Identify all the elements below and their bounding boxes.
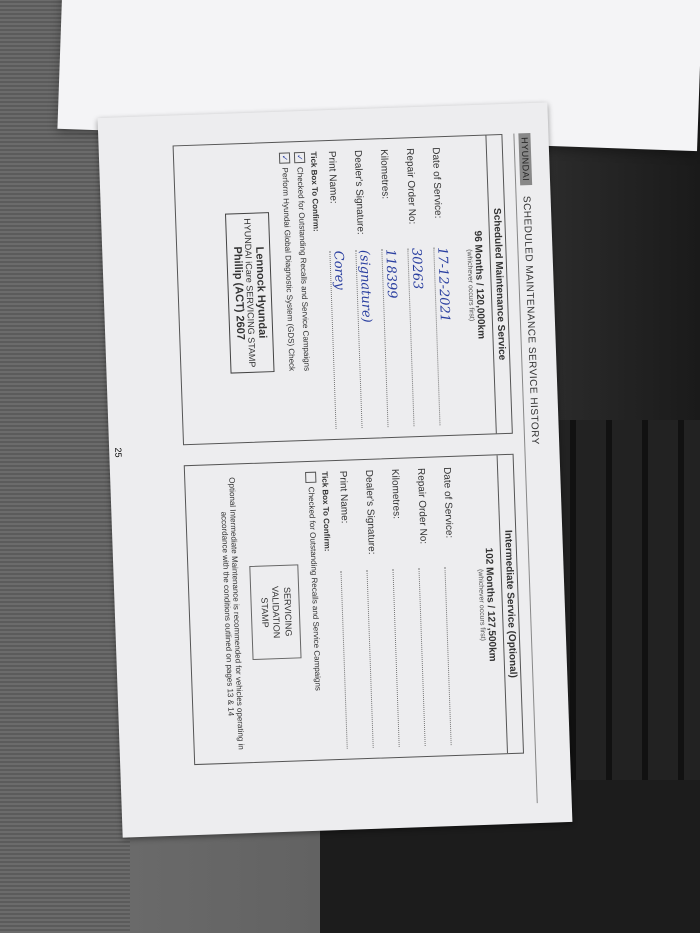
dealer-stamp: Lennock Hyundai HYUNDAI iCare SERVICING … xyxy=(225,212,275,373)
field-label: Repair Order No: xyxy=(415,468,429,568)
field-label: Kilometres: xyxy=(378,149,392,249)
intermediate-service-box: Intermediate Service (Optional) 102 Mont… xyxy=(184,454,524,765)
field-value[interactable] xyxy=(341,571,348,749)
brand-label: HYUNDAI xyxy=(518,133,532,185)
checkbox[interactable]: ✓ xyxy=(294,152,305,163)
field-label: Date of Service: xyxy=(430,147,444,247)
check-label: Checked for Outstanding Recalls and Serv… xyxy=(307,487,323,691)
checkbox[interactable] xyxy=(305,472,316,483)
field-label: Kilometres: xyxy=(389,469,403,569)
optional-note: Optional Intermediate Maintenance is rec… xyxy=(218,474,246,752)
field-value[interactable]: Corey xyxy=(329,251,351,429)
field-label: Dealer's Signature: xyxy=(352,150,366,250)
booklet-page: HYUNDAI SCHEDULED MAINTENANCE SERVICE HI… xyxy=(98,102,573,837)
checkbox[interactable]: ✓ xyxy=(279,152,290,163)
section-title: Intermediate Service (Optional) xyxy=(497,455,523,753)
field-label: Dealer's Signature: xyxy=(363,470,377,570)
section-title: Scheduled Maintenance Service xyxy=(485,135,511,433)
field-label: Print Name: xyxy=(326,151,340,251)
check-label: Checked for Outstanding Recalls and Serv… xyxy=(295,167,311,371)
page-title: SCHEDULED MAINTENANCE SERVICE HISTORY xyxy=(521,196,541,445)
page-number: 25 xyxy=(113,447,123,457)
scheduled-service-box: Scheduled Maintenance Service 96 Months … xyxy=(173,134,513,445)
field-label: Repair Order No: xyxy=(404,148,418,248)
check-label: Perform Hyundai Global Diagnostic System… xyxy=(280,167,296,371)
field-label: Print Name: xyxy=(337,471,351,571)
field-label: Date of Service: xyxy=(441,467,455,567)
validation-stamp-box: SERVICING VALIDATION STAMP xyxy=(249,564,301,660)
